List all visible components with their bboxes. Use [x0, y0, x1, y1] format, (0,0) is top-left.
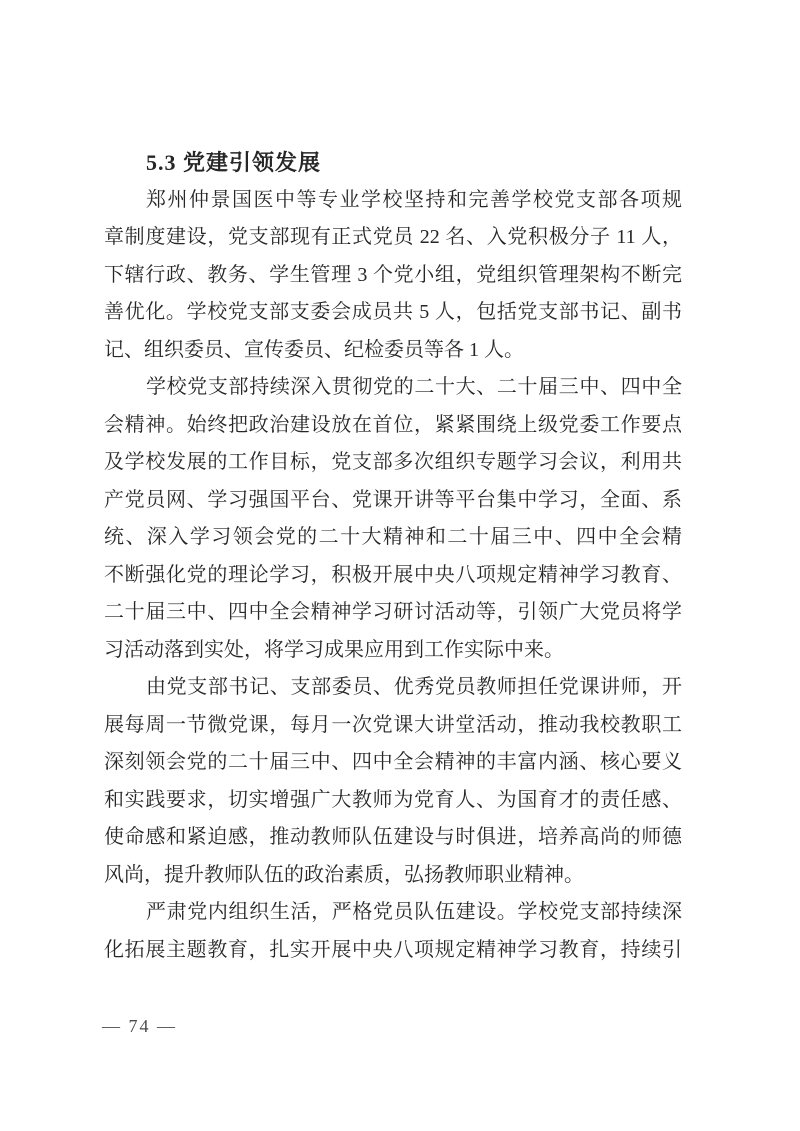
text-line: 深刻领会党的二十届三中、四中全会精神的丰富内涵、核心要义: [104, 744, 682, 782]
text-line: 善优化。学校党支部支委会成员共 5 人，包括党支部书记、副书: [104, 294, 682, 332]
text-line: 严肃党内组织生活，严格党员队伍建设。学校党支部持续深: [104, 894, 682, 932]
text-line: 郑州仲景国医中等专业学校坚持和完善学校党支部各项规: [104, 182, 682, 220]
text-line: 使命感和紧迫感，推动教师队伍建设与时俱进，培养高尚的师德: [104, 819, 682, 857]
text-line: 会精神。始终把政治建设放在首位，紧紧围绕上级党委工作要点: [104, 407, 682, 445]
text-line: 学校党支部持续深入贯彻党的二十大、二十届三中、四中全: [104, 369, 682, 407]
text-line: 下辖行政、教务、学生管理 3 个党小组，党组织管理架构不断完: [104, 257, 682, 295]
text-line: 化拓展主题教育，扎实开展中央八项规定精神学习教育，持续引: [104, 932, 682, 970]
paragraph: 由党支部书记、支部委员、优秀党员教师担任党课讲师，开展每周一节微党课，每月一次党…: [104, 669, 682, 894]
text-line: 二十届三中、四中全会精神学习研讨活动等，引领广大党员将学: [104, 594, 682, 632]
text-line: 和实践要求，切实增强广大教师为党育人、为国育才的责任感、: [104, 782, 682, 820]
text-line: 记、组织委员、宣传委员、纪检委员等各 1 人。: [104, 332, 682, 370]
page-number: — 74 —: [102, 1016, 177, 1037]
text-line: 习活动落到实处，将学习成果应用到工作实际中来。: [104, 632, 682, 670]
section-heading: 5.3 党建引领发展: [104, 144, 682, 182]
paragraph: 郑州仲景国医中等专业学校坚持和完善学校党支部各项规章制度建设，党支部现有正式党员…: [104, 182, 682, 370]
document-content: 5.3 党建引领发展 郑州仲景国医中等专业学校坚持和完善学校党支部各项规章制度建…: [104, 144, 682, 969]
text-line: 及学校发展的工作目标，党支部多次组织专题学习会议，利用共: [104, 444, 682, 482]
paragraph: 学校党支部持续深入贯彻党的二十大、二十届三中、四中全会精神。始终把政治建设放在首…: [104, 369, 682, 669]
text-line: 展每周一节微党课，每月一次党课大讲堂活动，推动我校教职工: [104, 707, 682, 745]
text-line: 产党员网、学习强国平台、党课开讲等平台集中学习，全面、系: [104, 482, 682, 520]
text-line: 统、深入学习领会党的二十大精神和二十届三中、四中全会精神，: [104, 519, 682, 557]
text-line: 章制度建设，党支部现有正式党员 22 名、入党积极分子 11 人，: [104, 219, 682, 257]
paragraphs-container: 郑州仲景国医中等专业学校坚持和完善学校党支部各项规章制度建设，党支部现有正式党员…: [104, 182, 682, 970]
document-page: 5.3 党建引领发展 郑州仲景国医中等专业学校坚持和完善学校党支部各项规章制度建…: [0, 0, 800, 1131]
text-line: 不断强化党的理论学习，积极开展中央八项规定精神学习教育、: [104, 557, 682, 595]
text-line: 由党支部书记、支部委员、优秀党员教师担任党课讲师，开: [104, 669, 682, 707]
text-line: 风尚，提升教师队伍的政治素质，弘扬教师职业精神。: [104, 857, 682, 895]
paragraph: 严肃党内组织生活，严格党员队伍建设。学校党支部持续深化拓展主题教育，扎实开展中央…: [104, 894, 682, 969]
